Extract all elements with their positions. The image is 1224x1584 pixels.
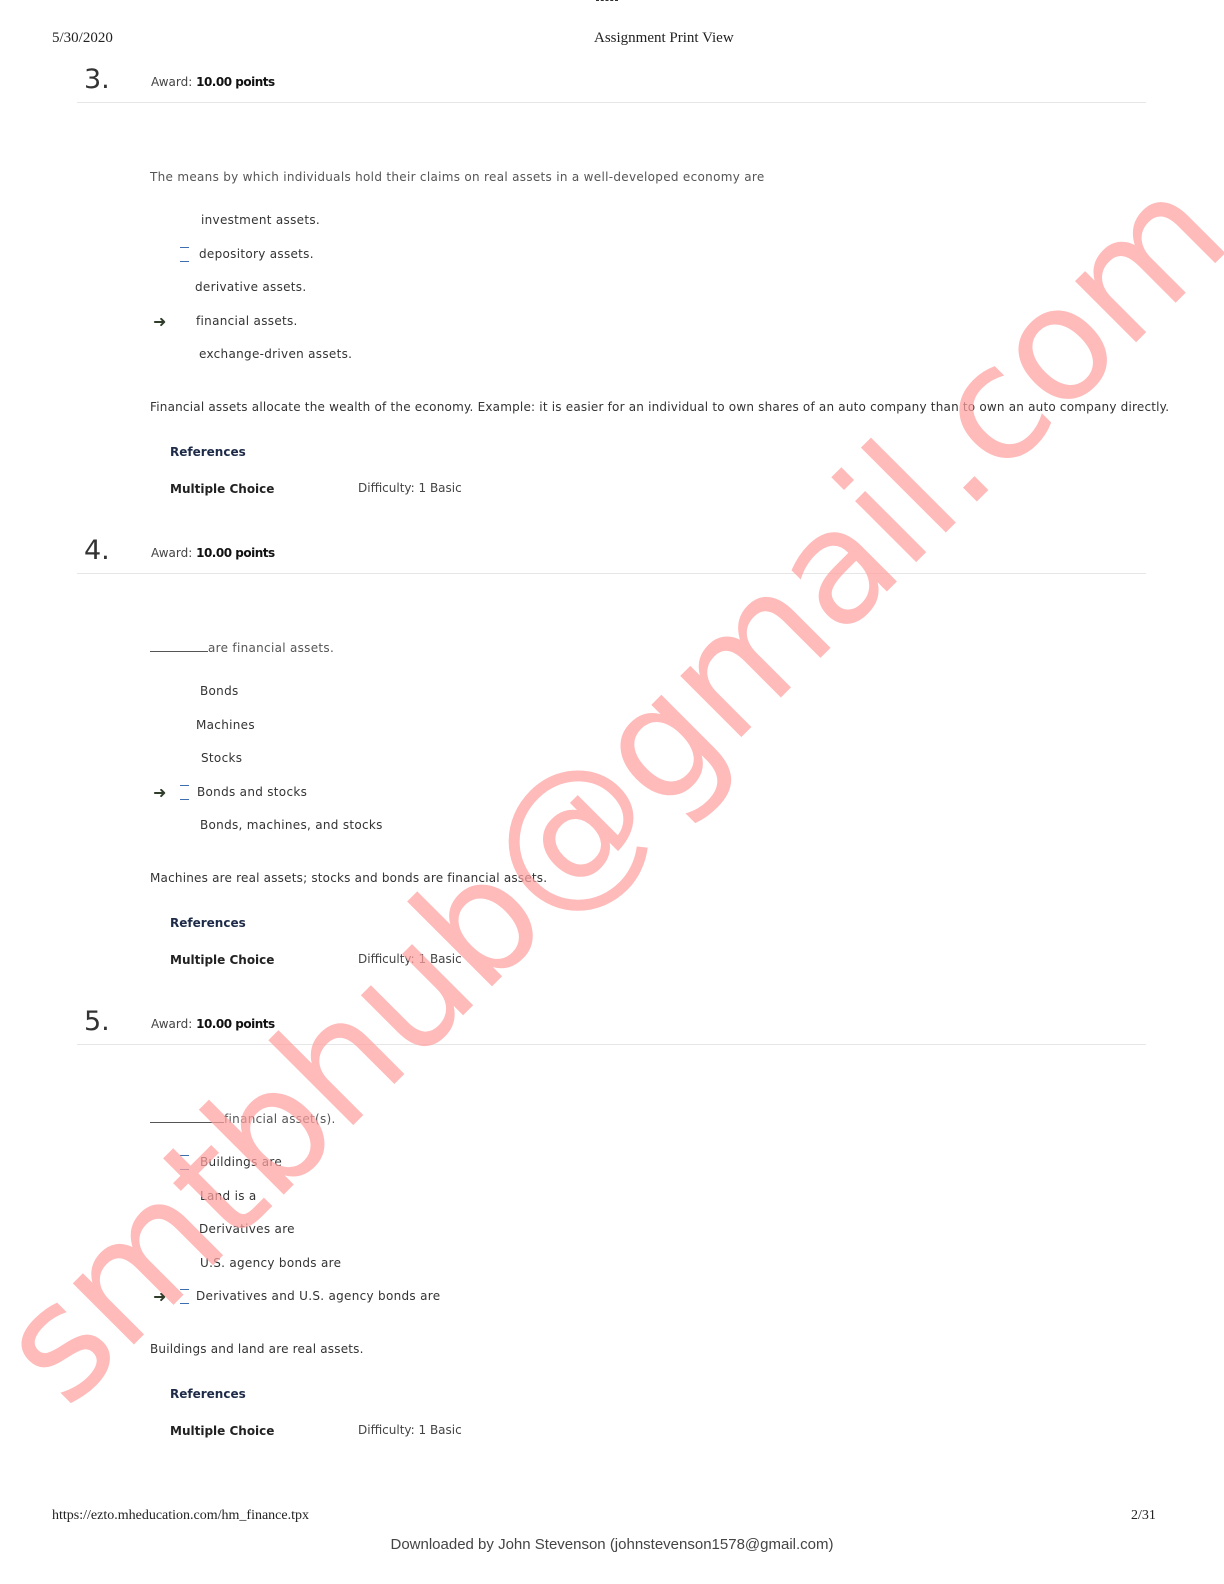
question-type: Multiple Choice	[170, 953, 274, 967]
award: Award: 10.00 points	[151, 75, 275, 89]
answer-option-label: Bonds, machines, and stocks	[200, 818, 383, 832]
question-block: 5.Award: 10.00 pointsfinancial asset(s).…	[0, 1006, 1224, 1476]
answer-option-label: Buildings are	[200, 1155, 282, 1169]
difficulty: Difficulty: 1 Basic	[358, 1423, 462, 1437]
award: Award: 10.00 points	[151, 1017, 275, 1031]
award-points: 10.00 points	[196, 75, 275, 89]
answer-option-label: depository assets.	[199, 247, 314, 261]
divider	[77, 573, 1146, 574]
question-block: 4.Award: 10.00 pointsare financial asset…	[0, 535, 1224, 1005]
award-points: 10.00 points	[196, 1017, 275, 1031]
question-stem: are financial assets.	[150, 641, 334, 655]
page-number: 2/31	[1131, 1508, 1156, 1524]
award: Award: 10.00 points	[151, 546, 275, 560]
answer-option-label: financial assets.	[196, 314, 298, 328]
fill-in-blank	[150, 641, 208, 652]
question-type: Multiple Choice	[170, 1424, 274, 1438]
references-link[interactable]: References	[170, 1387, 246, 1401]
answer-option-label: Bonds and stocks	[197, 785, 307, 799]
answer-option-label: Derivatives and U.S. agency bonds are	[196, 1289, 440, 1303]
references-link[interactable]: References	[170, 916, 246, 930]
question-block: 3.Award: 10.00 pointsThe means by which …	[0, 64, 1224, 534]
answer-mark-icon	[180, 1289, 189, 1304]
arrow-right-icon: ➜	[153, 783, 167, 802]
answer-option-label: Bonds	[200, 684, 239, 698]
references-link[interactable]: References	[170, 445, 246, 459]
explanation: Financial assets allocate the wealth of …	[150, 400, 1169, 414]
fill-in-blank	[150, 1112, 224, 1123]
answer-option-label: Stocks	[201, 751, 242, 765]
explanation: Buildings and land are real assets.	[150, 1342, 364, 1356]
award-label: Award:	[151, 1017, 192, 1031]
difficulty: Difficulty: 1 Basic	[358, 952, 462, 966]
answer-option-label: Derivatives are	[199, 1222, 295, 1236]
award-label: Award:	[151, 75, 192, 89]
answer-option-label: U.S. agency bonds are	[200, 1256, 341, 1270]
answer-option-label: exchange-driven assets.	[199, 347, 352, 361]
explanation: Machines are real assets; stocks and bon…	[150, 871, 547, 885]
answer-option-label: investment assets.	[201, 213, 320, 227]
answer-mark-icon	[180, 1155, 189, 1170]
answer-option-label: Land is a	[200, 1189, 257, 1203]
top-dots-decoration	[596, 0, 618, 3]
footer-url[interactable]: https://ezto.mheducation.com/hm_finance.…	[52, 1508, 309, 1524]
question-number: 5.	[84, 1006, 110, 1037]
divider	[77, 102, 1146, 103]
question-stem: The means by which individuals hold thei…	[150, 170, 765, 184]
arrow-right-icon: ➜	[153, 1287, 167, 1306]
arrow-right-icon: ➜	[153, 312, 167, 331]
question-number: 3.	[84, 64, 110, 95]
divider	[77, 1044, 1146, 1045]
print-date: 5/30/2020	[52, 30, 113, 47]
answer-option-label: derivative assets.	[195, 280, 306, 294]
answer-mark-icon	[180, 247, 189, 262]
question-number: 4.	[84, 535, 110, 566]
answer-mark-icon	[180, 785, 189, 800]
question-type: Multiple Choice	[170, 482, 274, 496]
answer-option-label: Machines	[196, 718, 255, 732]
award-label: Award:	[151, 546, 192, 560]
page-title: Assignment Print View	[594, 30, 734, 47]
difficulty: Difficulty: 1 Basic	[358, 481, 462, 495]
downloaded-by: Downloaded by John Stevenson (johnsteven…	[0, 1536, 1224, 1553]
award-points: 10.00 points	[196, 546, 275, 560]
question-stem: financial asset(s).	[150, 1112, 336, 1126]
